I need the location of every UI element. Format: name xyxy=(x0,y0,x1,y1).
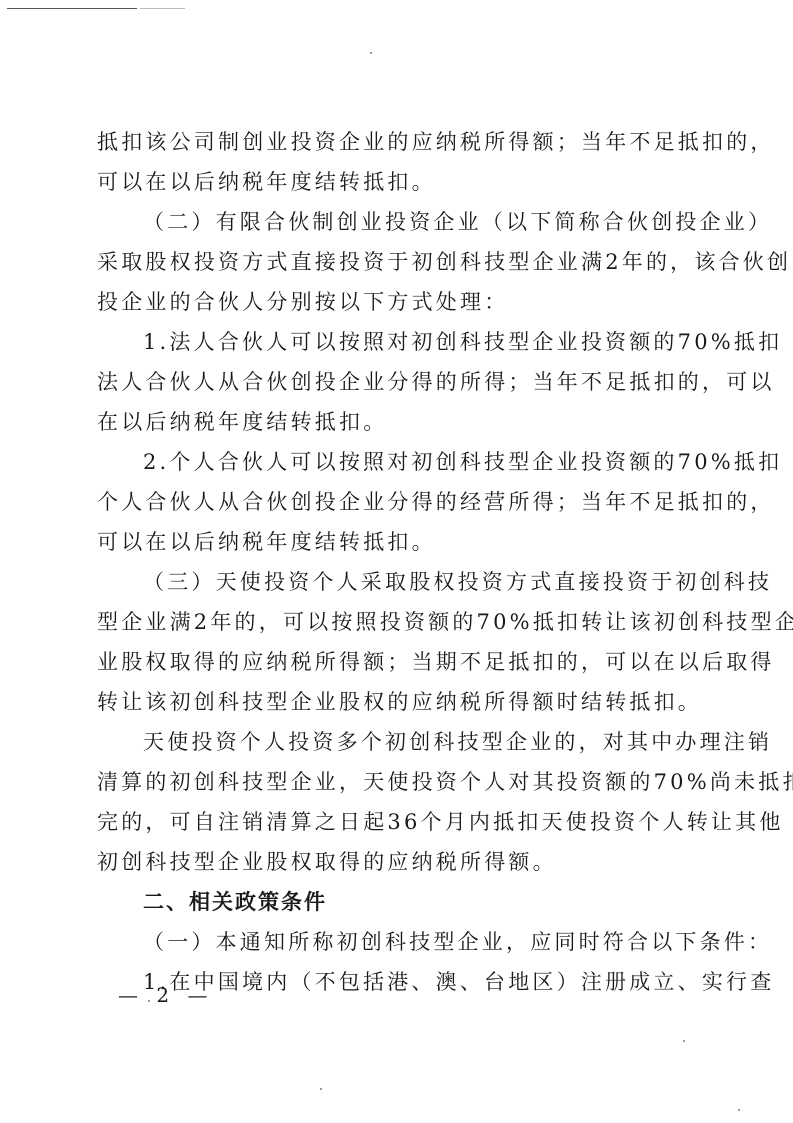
paragraph-first-line: （二）有限合伙制创业投资企业（以下简称合伙创投企业） xyxy=(97,202,703,242)
scan-speck xyxy=(320,1088,322,1090)
page-number: — 2 — xyxy=(118,983,213,1007)
text-line: 投企业的合伙人分别按以下方式处理： xyxy=(97,282,703,322)
scan-speck xyxy=(148,1000,150,1002)
text-line: 初创科技型企业股权取得的应纳税所得额。 xyxy=(97,842,703,882)
text-line: 采取股权投资方式直接投资于初创科技型企业满2年的，该合伙创 xyxy=(97,242,703,282)
scan-artifact-line xyxy=(7,8,137,9)
paragraph-first-line: 1.法人合伙人可以按照对初创科技型企业投资额的70%抵扣 xyxy=(97,322,703,362)
paragraph-first-line: （三）天使投资个人采取股权投资方式直接投资于初创科技 xyxy=(97,562,703,602)
scan-speck xyxy=(738,1109,740,1111)
text-line: 转让该初创科技型企业股权的应纳税所得额时结转抵扣。 xyxy=(97,682,703,722)
scan-speck xyxy=(683,1040,685,1042)
text-line: 法人合伙人从合伙创投企业分得的所得；当年不足抵扣的，可以 xyxy=(97,362,703,402)
text-line: 可以在以后纳税年度结转抵扣。 xyxy=(97,522,703,562)
text-line: 抵扣该公司制创业投资企业的应纳税所得额；当年不足抵扣的， xyxy=(97,122,703,162)
text-line: 清算的初创科技型企业，天使投资个人对其投资额的70%尚未抵扣 xyxy=(97,762,703,802)
scan-artifact-line xyxy=(140,8,185,9)
text-line: 在以后纳税年度结转抵扣。 xyxy=(97,402,703,442)
text-line: 个人合伙人从合伙创投企业分得的经营所得；当年不足抵扣的， xyxy=(97,482,703,522)
text-line: 型企业满2年的，可以按照投资额的70%抵扣转让该初创科技型企 xyxy=(97,602,703,642)
scan-speck xyxy=(370,52,372,54)
text-line: 可以在以后纳税年度结转抵扣。 xyxy=(97,162,703,202)
text-line: 业股权取得的应纳税所得额；当期不足抵扣的，可以在以后取得 xyxy=(97,642,703,682)
paragraph-first-line: （一）本通知所称初创科技型企业，应同时符合以下条件： xyxy=(97,922,703,962)
paragraph-first-line: 2.个人合伙人可以按照对初创科技型企业投资额的70%抵扣 xyxy=(97,442,703,482)
section-heading: 二、相关政策条件 xyxy=(97,882,703,922)
text-line: 完的，可自注销清算之日起36个月内抵扣天使投资个人转让其他 xyxy=(97,802,703,842)
paragraph-first-line: 天使投资个人投资多个初创科技型企业的，对其中办理注销 xyxy=(97,722,703,762)
document-page: 抵扣该公司制创业投资企业的应纳税所得额；当年不足抵扣的， 可以在以后纳税年度结转… xyxy=(97,122,703,1002)
